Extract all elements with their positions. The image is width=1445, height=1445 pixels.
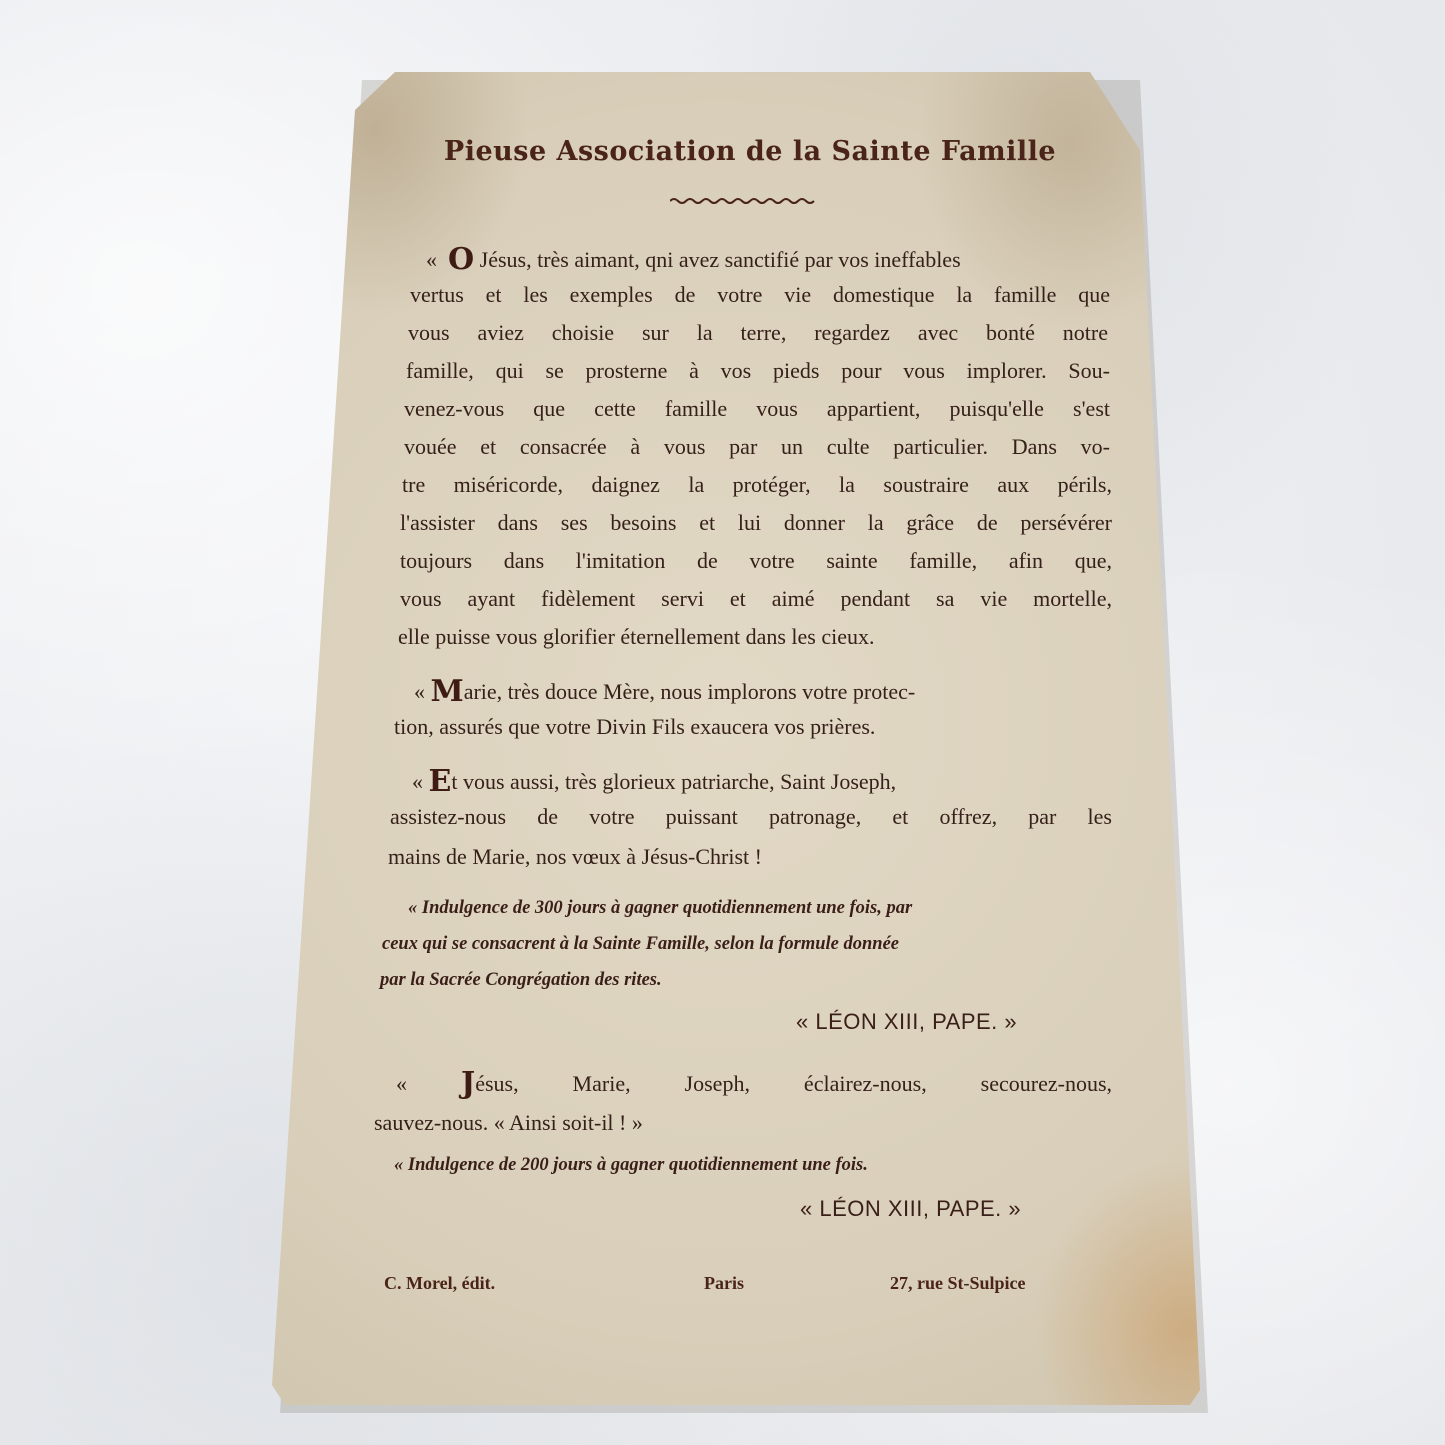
prayer-line: toujours dans l'imitation de votre saint… bbox=[400, 548, 1112, 574]
drop-cap: O bbox=[448, 242, 474, 277]
papal-signature: « LÉON XIII, PAPE. » bbox=[800, 1196, 1021, 1222]
indulgence-line: « Indulgence de 200 jours à gagner quoti… bbox=[394, 1155, 868, 1176]
prayer-line: sauvez-nous. « Ainsi soit-il ! » bbox=[374, 1110, 643, 1136]
drop-cap: E bbox=[429, 764, 452, 799]
prayer-text: Jésus, très aimant, qni avez sanctifié p… bbox=[480, 247, 961, 272]
prayer-line: tre miséricorde, daignez la protéger, la… bbox=[402, 472, 1112, 498]
prayer-line: vous ayant fidèlement servi et aimé pend… bbox=[400, 586, 1112, 612]
prayer-line: tion, assurés que votre Divin Fils exauc… bbox=[394, 714, 875, 740]
prayer-line: « Marie, très douce Mère, nous implorons… bbox=[414, 674, 915, 709]
prayer-line: venez-vous que cette famille vous appart… bbox=[404, 396, 1110, 422]
prayer-text: arie, très douce Mère, nous implorons vo… bbox=[464, 679, 915, 704]
indulgence-line: ceux qui se consacrent à la Sainte Famil… bbox=[382, 934, 899, 955]
prayer-line: « Et vous aussi, très glorieux patriarch… bbox=[412, 764, 896, 799]
publisher-address: 27, rue St-Sulpice bbox=[890, 1273, 1026, 1294]
open-quote: « bbox=[426, 247, 437, 272]
publisher-name: C. Morel, édit. bbox=[384, 1273, 495, 1294]
card-title: Pieuse Association de la Sainte Famille bbox=[440, 136, 1060, 167]
indulgence-line: « Indulgence de 300 jours à gagner quoti… bbox=[408, 898, 912, 919]
drop-cap: M bbox=[431, 674, 464, 709]
indulgence-line: par la Sacrée Congrégation des rites. bbox=[380, 970, 662, 991]
prayer-line: l'assister dans ses besoins et lui donne… bbox=[400, 510, 1112, 536]
open-quote: « bbox=[412, 769, 423, 794]
prayer-line: « Jésus, Marie, Joseph, éclairez-nous, s… bbox=[396, 1066, 1112, 1101]
prayer-line: elle puisse vous glorifier éternellement… bbox=[398, 624, 875, 650]
prayer-line: vous aviez choisie sur la terre, regarde… bbox=[408, 320, 1108, 346]
prayer-line: mains de Marie, nos vœux à Jésus-Christ … bbox=[388, 844, 762, 870]
prayer-line: vertus et les exemples de votre vie dome… bbox=[410, 282, 1110, 308]
prayer-line: vouée et consacrée à vous par un culte p… bbox=[404, 434, 1110, 460]
papal-signature: « LÉON XIII, PAPE. » bbox=[796, 1009, 1017, 1035]
publisher-city: Paris bbox=[704, 1273, 744, 1294]
open-quote: « bbox=[396, 1071, 407, 1096]
wavy-divider-icon bbox=[670, 196, 818, 206]
prayer-text: ésus, Marie, Joseph, éclairez-nous, seco… bbox=[475, 1071, 1112, 1096]
open-quote: « bbox=[414, 679, 425, 704]
drop-cap: J bbox=[461, 1066, 475, 1101]
prayer-line: « O Jésus, très aimant, qni avez sanctif… bbox=[426, 242, 961, 277]
card-content: Pieuse Association de la Sainte Famille … bbox=[0, 0, 1445, 1445]
prayer-line: assistez-nous de votre puissant patronag… bbox=[390, 804, 1112, 830]
prayer-line: famille, qui se prosterne à vos pieds po… bbox=[406, 358, 1110, 384]
prayer-text: t vous aussi, très glorieux patriarche, … bbox=[451, 769, 896, 794]
